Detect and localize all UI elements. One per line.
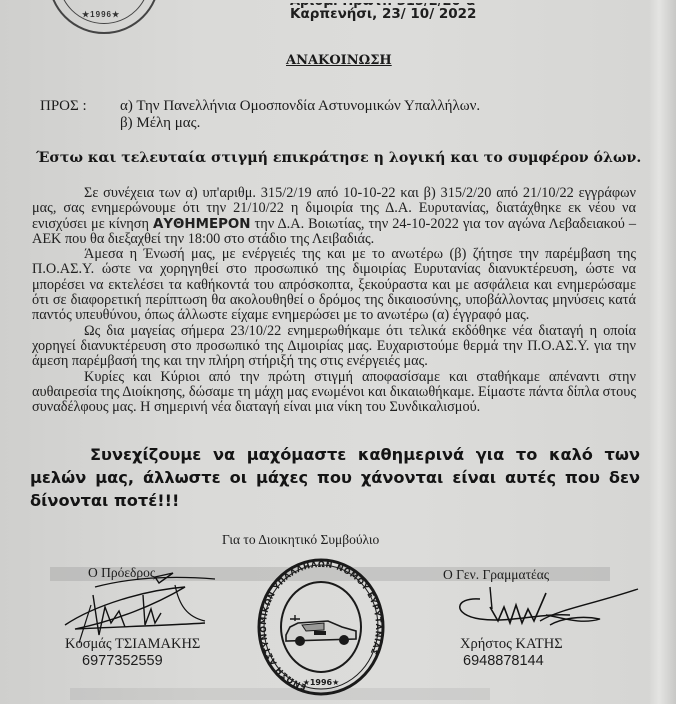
president-name: Κοσμάς ΤΣΙΑΜΑΚΗΣ: [65, 636, 200, 653]
secretary-phone: 6948878144: [463, 653, 544, 669]
recipients-label: ΠΡΟΣ :: [40, 98, 87, 115]
body-text: Σε συνέχεια των α) υπ'αριθμ. 315/2/19 απ…: [32, 186, 636, 415]
seal-year-text: ★1996★: [82, 10, 120, 19]
paragraph-1: Σε συνέχεια των α) υπ'αριθμ. 315/2/19 απ…: [32, 186, 636, 247]
board-line: Για το Διοικητικό Συμβούλιο: [222, 532, 379, 548]
bold-same-day: ΑΥΘΗΜΕΡΟΝ: [153, 217, 251, 232]
president-signature: [55, 565, 215, 645]
secretary-name: Χρήστος ΚΑΤΗΣ: [460, 636, 563, 653]
police-car-icon: [286, 615, 356, 646]
document-page: ★1996★ Αριθμ. Πρωτ.: 315/2/20-α Καρπενήσ…: [0, 0, 676, 704]
closing-statement: Συνεχίζουμε να μαχόμαστε καθημερινά για …: [30, 443, 640, 512]
recipient-a: α) Την Πανελλήνια Ομοσπονδία Αστυνομικών…: [120, 98, 480, 115]
president-phone: 6977352559: [82, 653, 163, 669]
union-stamp: ΕΝΩΣΗ ΑΣΤΥΝΟΜΙΚΩΝ ΥΠΑΛΛΗΛΩΝ ΝΟΜΟΥ ΕΥΡΥΤΑ…: [256, 557, 386, 697]
paragraph-4: Κυρίες και Κύριοι από την πρώτη στιγμή α…: [32, 370, 636, 416]
svg-text:★1996★: ★1996★: [303, 678, 340, 687]
paragraph-3: Ως δια μαγείας σήμερα 23/10/22 ενημερωθή…: [32, 324, 636, 370]
recipient-b: β) Μέλη μας.: [120, 115, 200, 132]
headline: Έστω και τελευταία στιγμή επικράτησε η λ…: [36, 150, 641, 166]
paragraph-2: Άμεσα η Ένωσή μας, με ενέργειές της και …: [32, 247, 636, 323]
secretary-role: Ο Γεν. Γραμματέας: [443, 567, 549, 583]
document-title: ΑΝΑΚΟΙΝΩΣΗ: [286, 53, 392, 68]
place-date: Καρπενήσι, 23/ 10/ 2022: [290, 6, 476, 22]
